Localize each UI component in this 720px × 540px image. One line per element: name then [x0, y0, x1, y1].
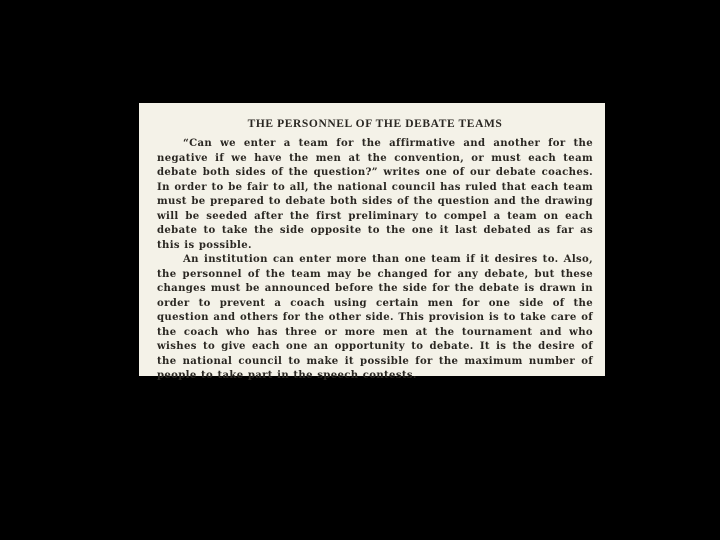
- scanned-document-page: THE PERSONNEL OF THE DEBATE TEAMS “Can w…: [139, 103, 605, 376]
- paragraph-2: An institution can enter more than one t…: [157, 253, 593, 384]
- paragraph-1-text: “Can we enter a team for the affirmative…: [157, 138, 593, 251]
- paragraph-2-text: An institution can enter more than one t…: [157, 254, 593, 381]
- document-title: THE PERSONNEL OF THE DEBATE TEAMS: [157, 117, 593, 131]
- paragraph-1: “Can we enter a team for the affirmative…: [157, 137, 593, 253]
